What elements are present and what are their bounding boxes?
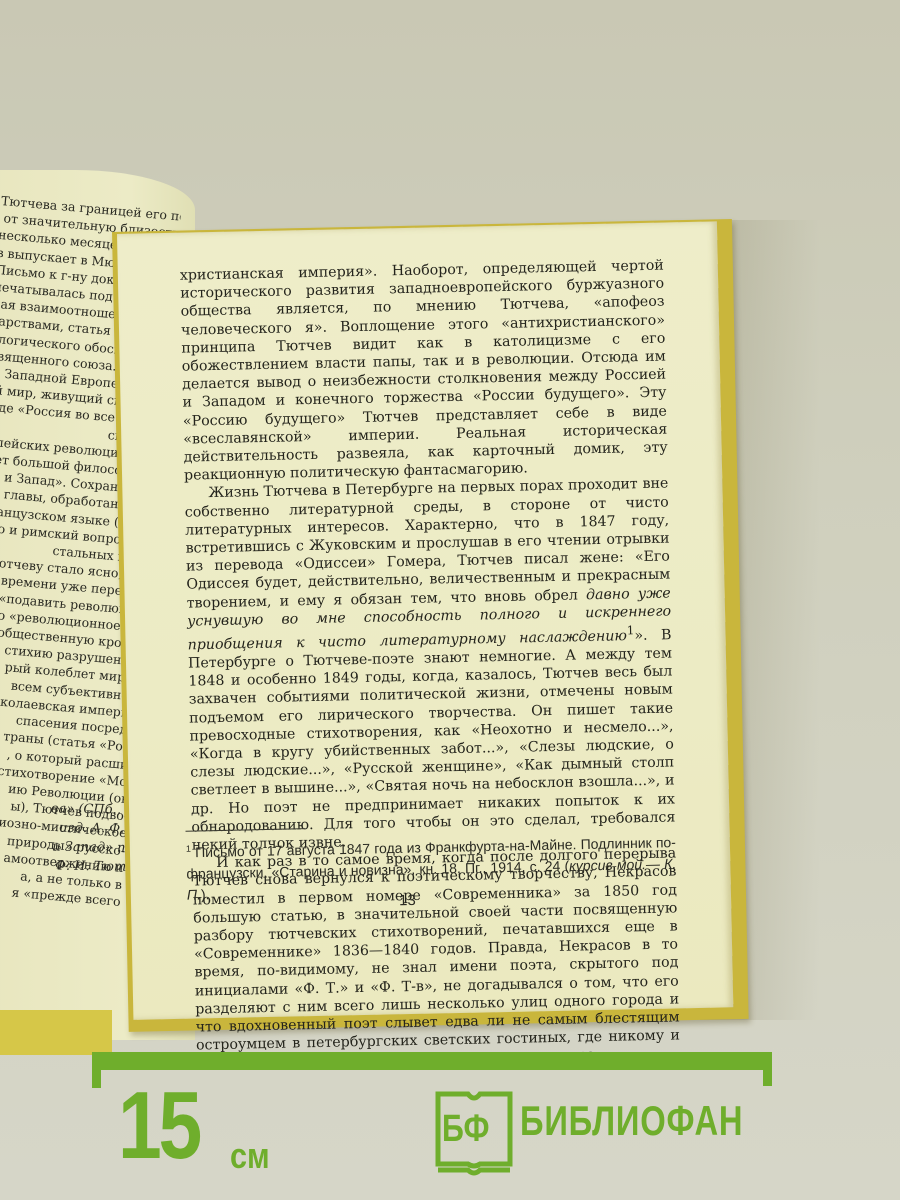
logo-mark: БФ — [442, 1108, 489, 1151]
ruler-unit: см — [230, 1138, 270, 1174]
footnote: 1 Письмо от 17 августа 1847 года из Фран… — [186, 828, 677, 905]
ruler-tick-left — [92, 1052, 101, 1088]
paragraph-2: Жизнь Тютчева в Петербурге на первых пор… — [184, 475, 676, 855]
right-page: христианская империя». Наоборот, определ… — [117, 221, 733, 1019]
ruler-length: 15 — [118, 1078, 199, 1174]
left-cover-edge — [0, 1010, 112, 1055]
brand-name: БИБЛИОФАН — [520, 1100, 743, 1142]
open-book-logo-icon: БФ — [434, 1090, 514, 1180]
footnote-marker: 1 — [627, 623, 635, 637]
page-number: 13 — [399, 892, 416, 909]
page-body-text: христианская империя». Наоборот, определ… — [180, 257, 681, 1074]
ruler-bar — [92, 1052, 772, 1070]
paragraph-1: христианская империя». Наоборот, определ… — [180, 257, 668, 486]
ruler-tick-right — [763, 1052, 772, 1086]
